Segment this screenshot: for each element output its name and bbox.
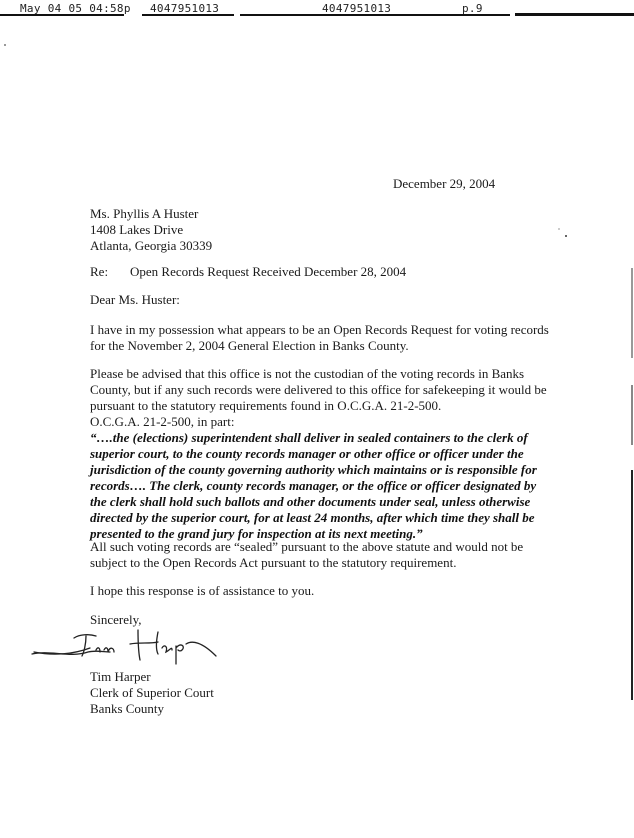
fax-rule [515, 13, 634, 16]
signature-icon [30, 628, 220, 668]
text-line: subject to the Open Records Act pursuant… [90, 555, 610, 571]
quote-line: jurisdiction of the county governing aut… [90, 462, 610, 478]
scan-edge-artifact [631, 470, 633, 700]
paragraph-1: I have in my possession what appears to … [90, 322, 610, 354]
text-line: O.C.G.A. 21-2-500, in part: [90, 414, 610, 430]
closing: Sincerely, [90, 612, 610, 628]
fax-rule [240, 14, 510, 16]
text-line: Please be advised that this office is no… [90, 366, 610, 382]
fax-rule [142, 14, 234, 16]
text-line: pursuant to the statutory requirements f… [90, 398, 610, 414]
re-label: Re: [90, 264, 130, 280]
subject-line: Re:Open Records Request Received Decembe… [90, 264, 610, 280]
paragraph-4: I hope this response is of assistance to… [90, 583, 610, 599]
recipient-name: Ms. Phyllis A Huster [90, 206, 610, 222]
re-subject: Open Records Request Received December 2… [130, 264, 406, 279]
text-line: County, but if any such records were del… [90, 382, 610, 398]
signer-office: Banks County [90, 701, 610, 717]
paragraph-3: All such voting records are “sealed” pur… [90, 539, 610, 571]
signer-title: Clerk of Superior Court [90, 685, 610, 701]
paragraph-2: Please be advised that this office is no… [90, 366, 610, 542]
recipient-street: 1408 Lakes Drive [90, 222, 610, 238]
statute-quote: “….the (elections) superintendent shall … [90, 430, 610, 542]
text-line: I have in my possession what appears to … [90, 322, 610, 338]
signer-name: Tim Harper [90, 669, 610, 685]
quote-line: records…. The clerk, county records mana… [90, 478, 610, 494]
signer-block: Tim Harper Clerk of Superior Court Banks… [90, 669, 610, 717]
scan-edge-artifact [631, 268, 633, 358]
recipient-address: Ms. Phyllis A Huster 1408 Lakes Drive At… [90, 206, 610, 254]
quote-line: the clerk shall hold such ballots and ot… [90, 494, 610, 510]
text-line: All such voting records are “sealed” pur… [90, 539, 610, 555]
fax-rule [0, 14, 124, 16]
salutation: Dear Ms. Huster: [90, 292, 610, 308]
quote-line: superior court, to the county records ma… [90, 446, 610, 462]
recipient-city: Atlanta, Georgia 30339 [90, 238, 610, 254]
letter-date: December 29, 2004 [393, 176, 495, 192]
quote-line: “….the (elections) superintendent shall … [90, 430, 610, 446]
fax-header: May 04 05 04:58p 4047951013 4047951013 p… [0, 0, 634, 16]
scan-edge-artifact [631, 385, 633, 445]
quote-line: directed by the superior court, for at l… [90, 510, 610, 526]
scan-speck [4, 44, 6, 46]
text-line: for the November 2, 2004 General Electio… [90, 338, 610, 354]
